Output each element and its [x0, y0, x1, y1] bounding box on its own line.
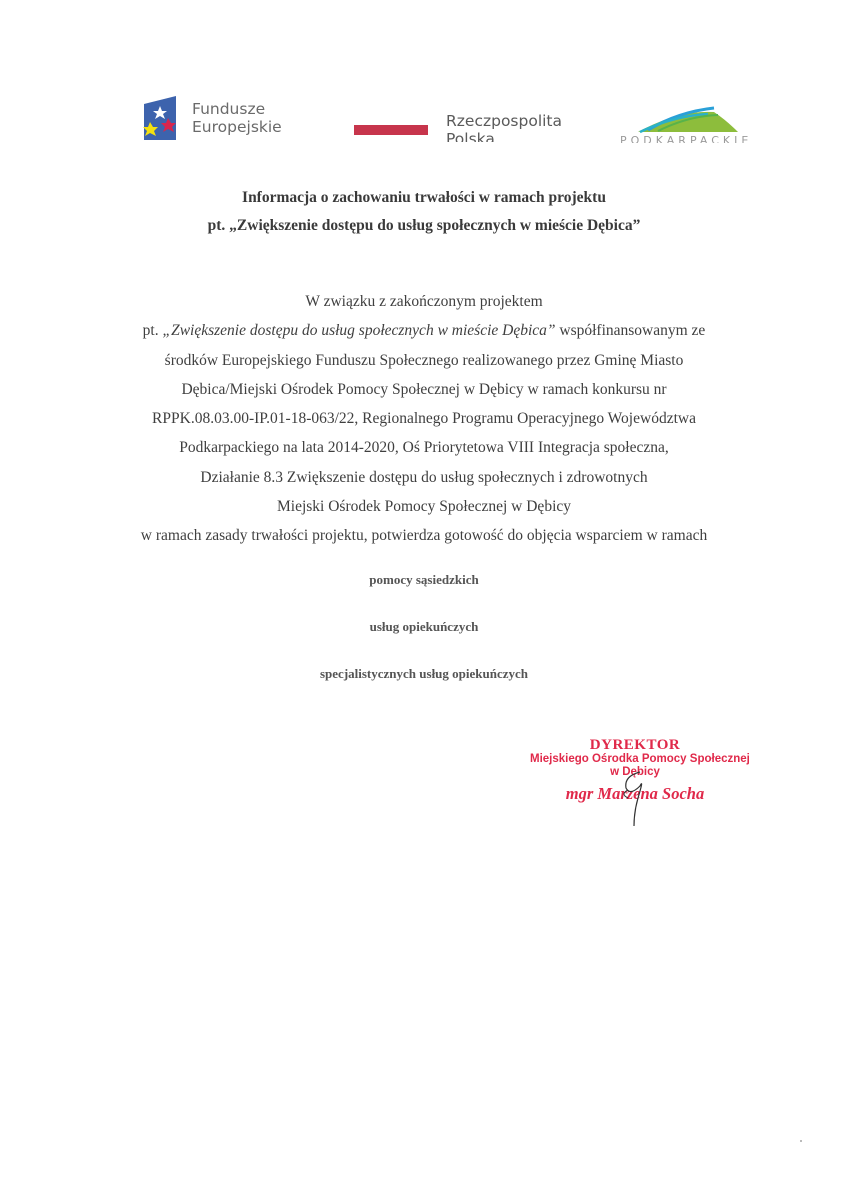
body-text: pt.	[143, 322, 163, 339]
support-options: pomocy sąsiedzkich usług opiekuńczych sp…	[0, 570, 848, 711]
body-line: pt. „Zwiększenie dostępu do usług społec…	[0, 316, 848, 345]
option-item: usług opiekuńczych	[0, 617, 848, 664]
body-line: w ramach zasady trwałości projektu, potw…	[0, 521, 848, 550]
pk-label: PODKARPACKIE	[620, 134, 752, 143]
polish-flag-icon	[354, 125, 428, 135]
fe-line2: Europejskie	[192, 118, 282, 136]
fe-line1: Fundusze	[192, 100, 282, 118]
title-line1: Informacja o zachowaniu trwałości w rama…	[0, 184, 848, 212]
option-item: pomocy sąsiedzkich	[0, 570, 848, 617]
signature-icon	[614, 768, 654, 828]
body-line: RPPK.08.03.00-IP.01-18-063/22, Regionaln…	[0, 404, 848, 433]
stamp-title: DYREKTOR	[530, 738, 740, 753]
eu-funds-flag-icon	[142, 96, 178, 140]
body-line: środków Europejskiego Funduszu Społeczne…	[0, 346, 848, 375]
title-line2: pt. „Zwiększenie dostępu do usług społec…	[0, 212, 848, 240]
body-line: Miejski Ośrodek Pomocy Społecznej w Dębi…	[0, 492, 848, 521]
stamp-org-line1: Miejskiego Ośrodka Pomocy Społecznej	[530, 753, 740, 766]
document-body: W związku z zakończonym projektem pt. „Z…	[0, 287, 848, 551]
body-text: współfinansowanym ze	[556, 322, 706, 339]
rp-line2: Polska	[446, 130, 562, 142]
fundusze-europejskie-logo: Fundusze Europejskie	[142, 96, 282, 140]
body-line: Podkarpackiego na lata 2014-2020, Oś Pri…	[0, 433, 848, 462]
body-line: W związku z zakończonym projektem	[0, 287, 848, 316]
body-line: Działanie 8.3 Zwiększenie dostępu do usł…	[0, 463, 848, 492]
podkarpackie-logo: PODKARPACKIE	[618, 106, 758, 146]
scan-artifact	[800, 1140, 802, 1142]
podkarpackie-hills-icon	[618, 106, 758, 136]
project-name-italic: „Zwiększenie dostępu do usług społecznyc…	[162, 322, 555, 339]
body-line: Dębica/Miejski Ośrodek Pomocy Społecznej…	[0, 375, 848, 404]
rp-line1: Rzeczpospolita	[446, 112, 562, 130]
document-title: Informacja o zachowaniu trwałości w rama…	[0, 184, 848, 240]
option-item: specjalistycznych usług opiekuńczych	[0, 664, 848, 711]
header-logos: Fundusze Europejskie Rzeczpospolita Pols…	[0, 0, 848, 160]
